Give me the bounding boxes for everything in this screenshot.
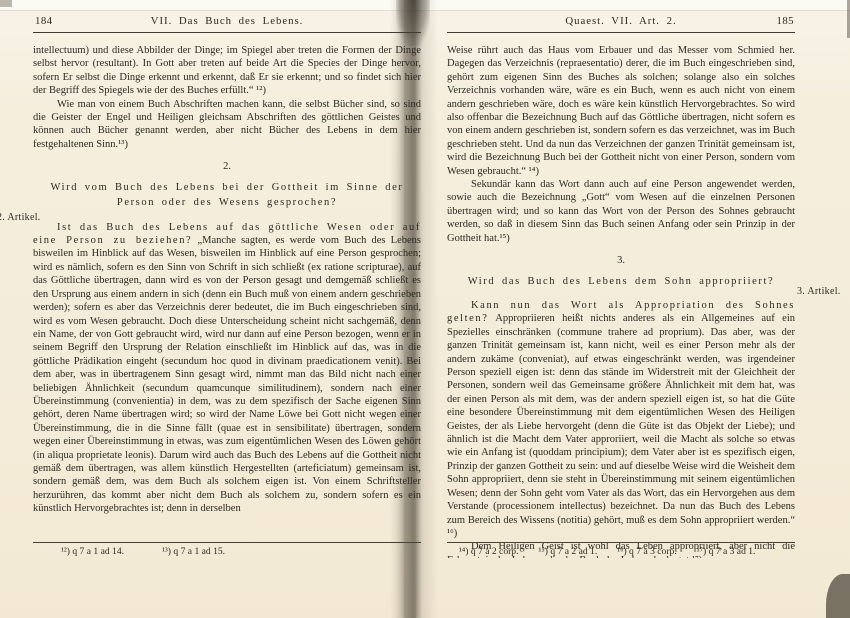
right-page-header: 185 Quaest. VII. Art. 2.	[447, 12, 795, 33]
left-page-header: 184 VII. Das Buch des Lebens.	[33, 12, 421, 33]
section-title: Wird das Buch des Lebens dem Sohn approp…	[449, 274, 793, 290]
left-page-number: 184	[35, 15, 53, 27]
right-footnotes: ¹⁴) q 7 a 2 corp. ¹⁵) q 7 a 2 ad 1. ¹⁶) …	[447, 542, 795, 557]
article-text: Appropriieren heißt nichts anderes als e…	[447, 313, 795, 539]
section-number: 3.	[447, 254, 795, 267]
right-page-number: 185	[777, 15, 795, 27]
book-scan: { "colors": { "paper": "#f4ecda", "ink":…	[0, 0, 850, 618]
left-page-body: intellectuum) und diese Abbilder der Din…	[33, 44, 421, 558]
margin-note-article-2: 2. Artikel.	[0, 212, 41, 223]
right-page: 185 Quaest. VII. Art. 2. Weise rührt auc…	[447, 12, 795, 558]
footnote: ¹³) q 7 a 1 ad 15.	[162, 546, 225, 557]
left-running-header: VII. Das Buch des Lebens.	[33, 12, 421, 27]
left-page: 184 VII. Das Buch des Lebens. intellectu…	[33, 12, 421, 558]
paragraph-continuation: Weise rührt auch das Haus vom Erbauer un…	[447, 44, 795, 178]
paragraph: Wie man von einem Buch Abschriften mache…	[33, 98, 421, 152]
article-paragraph: Kann nun das Wort als Appropriation des …	[447, 299, 795, 540]
section-title: Wird vom Buch des Lebens bei der Gotthei…	[35, 180, 419, 211]
scan-corner-shadow-bottom-right	[826, 574, 850, 618]
paragraph-continuation: intellectuum) und diese Abbilder der Din…	[33, 44, 421, 98]
footnote: ¹²) q 7 a 1 ad 14.	[61, 546, 124, 557]
article-paragraph: Ist das Buch des Lebens auf das göttlich…	[33, 221, 421, 516]
footnote: ¹⁴) q 7 a 2 corp.	[459, 546, 519, 557]
scan-corner-mark-top-left	[0, 0, 12, 7]
footnote: ¹⁶) q 7 a 3 corp.	[617, 546, 677, 557]
right-running-header: Quaest. VII. Art. 2.	[447, 12, 795, 27]
margin-note-article-3: 3. Artikel.	[797, 286, 841, 297]
footnote-rule	[33, 542, 421, 543]
footnote: ¹⁷) q 7 a 3 ad 1.	[697, 546, 756, 557]
footnote-rule	[447, 542, 795, 543]
left-footnotes: ¹²) q 7 a 1 ad 14. ¹³) q 7 a 1 ad 15.	[33, 542, 421, 557]
footnote: ¹⁵) q 7 a 2 ad 1.	[539, 546, 598, 557]
section-number: 2.	[33, 160, 421, 173]
paragraph: Sekundär kann das Wort dann auch auf ein…	[447, 178, 795, 245]
article-text: „Manche sagten, es werde vom Buch des Le…	[33, 235, 421, 514]
right-page-body: Weise rührt auch das Haus vom Erbauer un…	[447, 44, 795, 558]
